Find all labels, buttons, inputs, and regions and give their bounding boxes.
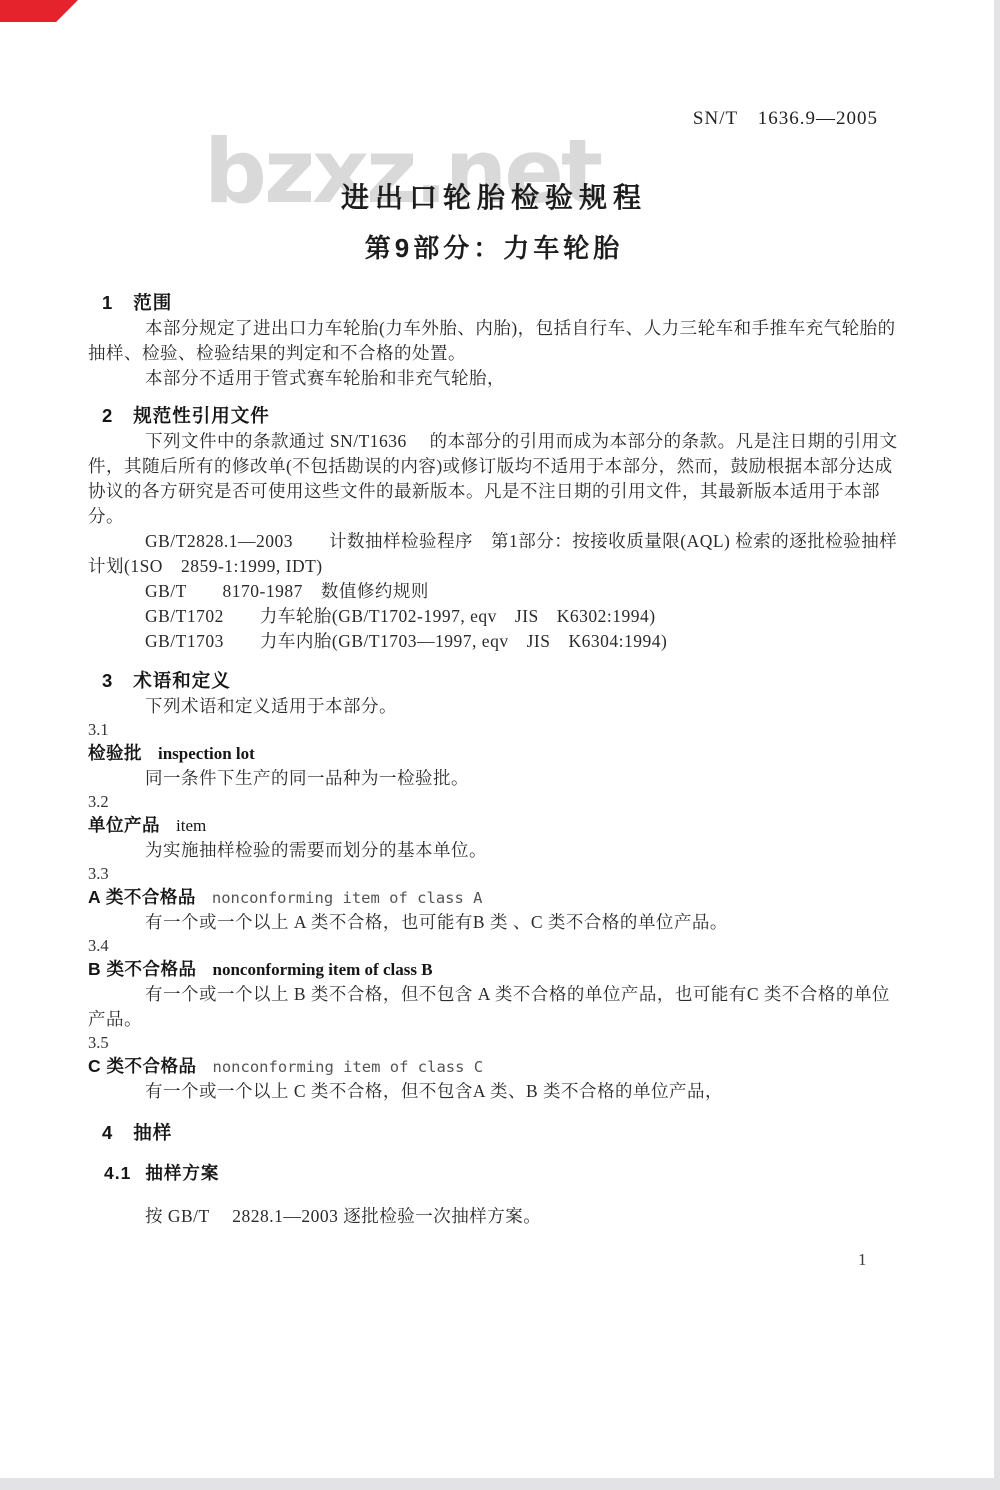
- term-zh: 检验批: [88, 743, 142, 763]
- term-name: B 类不合格品nonconforming item of class B: [88, 957, 902, 982]
- term-definition: 有一个或一个以上 A 类不合格，也可能有B 类 、C 类不合格的单位产品。: [88, 910, 902, 935]
- section-title: 术语和定义: [133, 670, 231, 691]
- section-number: 3: [102, 670, 113, 691]
- page-number: 1: [858, 1250, 867, 1270]
- section-3-heading: 3术语和定义: [102, 668, 902, 694]
- section-title: 抽样: [133, 1122, 172, 1143]
- section-title: 抽样方案: [145, 1163, 219, 1183]
- term-en: nonconforming item of class A: [212, 889, 483, 907]
- section-4-heading: 4抽样: [102, 1120, 902, 1146]
- section-number: 2: [102, 405, 113, 426]
- term-definition: 为实施抽样检验的需要而划分的基本单位。: [88, 838, 902, 863]
- term-zh: A 类不合格品: [88, 887, 196, 907]
- term-zh: 单位产品: [88, 815, 160, 835]
- section-number: 1: [102, 292, 113, 313]
- section-number: 4.1: [104, 1163, 131, 1183]
- document-page: SN/T 1636.9—2005 bzxz.net 进出口轮胎检验规程 第9部分…: [0, 0, 1000, 1490]
- term-name: A 类不合格品nonconforming item of class A: [88, 885, 902, 910]
- paragraph: 本部分不适用于管式赛车轮胎和非充气轮胎，: [88, 366, 902, 391]
- reference-item: GB/T 8170-1987 数值修约规则: [88, 579, 902, 604]
- term-number: 3.4: [88, 935, 902, 957]
- term-definition: 同一条件下生产的同一品种为一检验批。: [88, 766, 902, 791]
- term-en: nonconforming item of class C: [213, 1058, 484, 1076]
- document-body: 1范围 本部分规定了进出口力车轮胎(力车外胎、内胎)，包括自行车、人力三轮车和手…: [88, 0, 902, 1229]
- term-zh: C 类不合格品: [88, 1056, 197, 1076]
- section-title: 规范性引用文件: [133, 405, 270, 426]
- page-edge-bottom: [0, 1478, 1000, 1490]
- paragraph: 本部分规定了进出口力车轮胎(力车外胎、内胎)，包括自行车、人力三轮车和手推车充气…: [88, 316, 902, 366]
- term-number: 3.3: [88, 863, 902, 885]
- term-en: item: [176, 816, 206, 835]
- section-2-heading: 2规范性引用文件: [102, 403, 902, 429]
- section-title: 范围: [133, 292, 172, 313]
- page-edge-right: [994, 0, 1000, 1490]
- term-number: 3.5: [88, 1032, 902, 1054]
- term-zh: B 类不合格品: [88, 959, 197, 979]
- paragraph: 下列术语和定义适用于本部分。: [88, 694, 902, 719]
- term-en: nonconforming item of class B: [213, 960, 433, 979]
- term-name: 检验批inspection lot: [88, 741, 902, 766]
- red-corner-ribbon: [0, 0, 78, 22]
- term-definition: 有一个或一个以上 B 类不合格，但不包含 A 类不合格的单位产品，也可能有C 类…: [88, 982, 902, 1032]
- section-1-heading: 1范围: [102, 290, 902, 316]
- paragraph: 按 GB/T 2828.1—2003 逐批检验一次抽样方案。: [88, 1204, 902, 1229]
- term-definition: 有一个或一个以上 C 类不合格，但不包含A 类、B 类不合格的单位产品，: [88, 1079, 902, 1104]
- section-number: 4: [102, 1122, 113, 1143]
- term-number: 3.1: [88, 719, 902, 741]
- reference-item: GB/T1702 力车轮胎(GB/T1702-1997, eqv JIS K63…: [88, 604, 902, 629]
- reference-item: GB/T2828.1—2003 计数抽样检验程序 第1部分：按接收质量限(AQL…: [88, 529, 902, 579]
- paragraph: 下列文件中的条款通过 SN/T1636 的本部分的引用而成为本部分的条款。凡是注…: [88, 429, 902, 529]
- term-name: 单位产品item: [88, 813, 902, 838]
- term-number: 3.2: [88, 791, 902, 813]
- term-en: inspection lot: [158, 744, 255, 763]
- section-4-1-heading: 4.1抽样方案: [104, 1160, 902, 1186]
- reference-item: GB/T1703 力车内胎(GB/T1703—1997, eqv JIS K63…: [88, 629, 902, 654]
- term-name: C 类不合格品nonconforming item of class C: [88, 1054, 902, 1079]
